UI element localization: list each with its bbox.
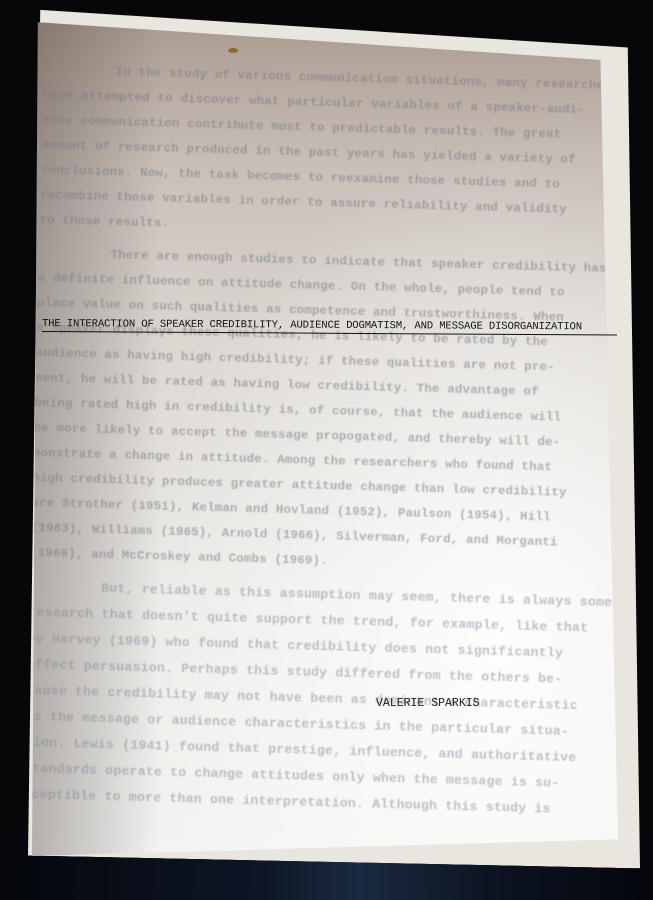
author-name: VALERIE SPARKIS bbox=[376, 697, 480, 710]
bleed-paragraph-2: There are enough studies to indicate tha… bbox=[30, 241, 609, 582]
bleed-paragraph-3: But, reliable as this assumption may see… bbox=[23, 574, 599, 824]
bleed-paragraph-1: In the study of various communication si… bbox=[39, 58, 614, 249]
stain-mark bbox=[228, 48, 238, 53]
document-page: In the study of various communication si… bbox=[32, 18, 618, 856]
bleed-through-text: In the study of various communication si… bbox=[23, 58, 614, 832]
